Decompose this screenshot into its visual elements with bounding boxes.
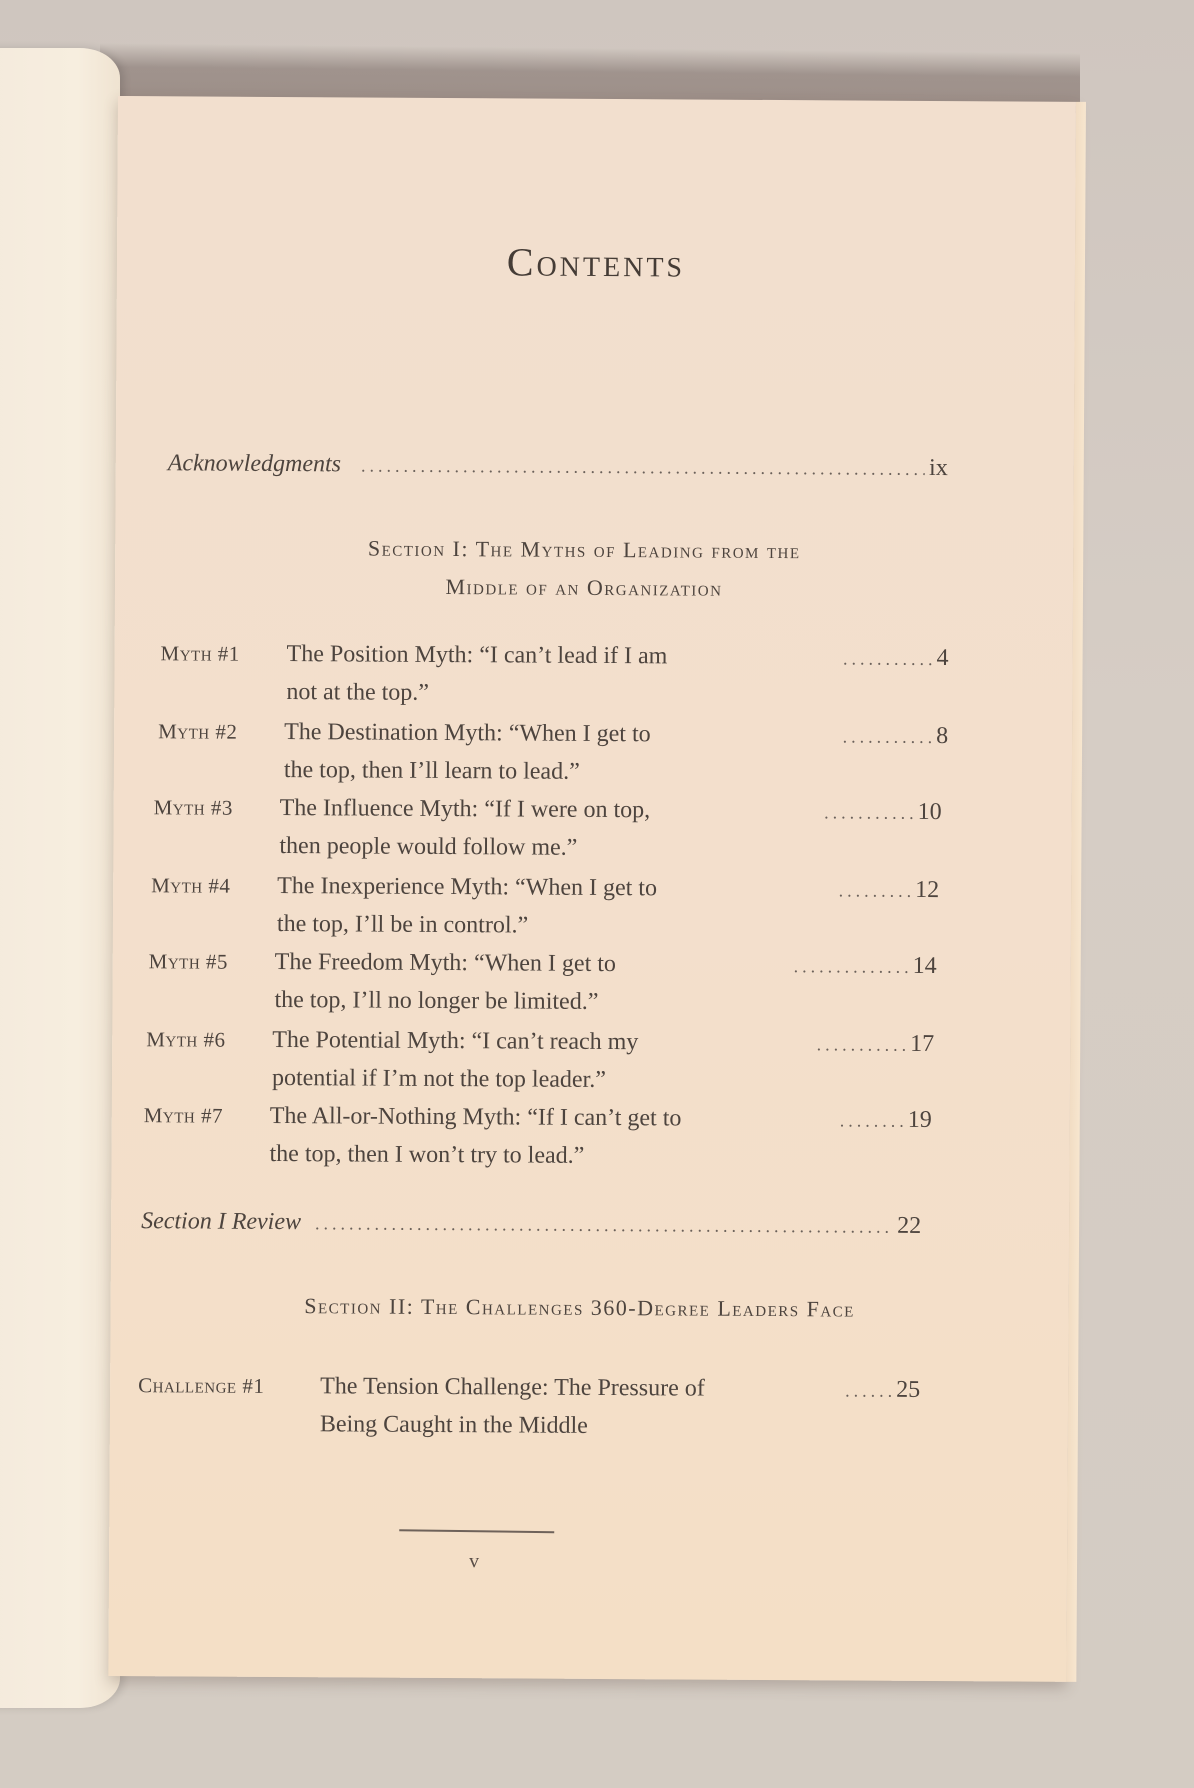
entry-title-line1: The Destination Myth: “When I get to — [284, 713, 651, 753]
entry-title-line2: the top, I’ll no longer be limited.” — [274, 981, 598, 1021]
entry-label: Challenge #1 — [138, 1366, 264, 1405]
entry-title-line2: Being Caught in the Middle — [320, 1405, 588, 1445]
left-page-edge — [0, 48, 120, 1708]
leader-dots: ........................................… — [361, 455, 925, 479]
page-number: 12 — [915, 871, 939, 909]
page-number: 22 — [897, 1213, 921, 1240]
page-folio: v — [469, 1550, 479, 1573]
page-number: 10 — [918, 793, 942, 831]
entry-title-line2: not at the top.” — [286, 673, 429, 712]
page-title: Contents — [117, 236, 1075, 289]
entry-label: Myth #6 — [146, 1020, 225, 1058]
entry-leader: ...........8 — [842, 716, 948, 756]
entry-title-line2: the top, then I’ll learn to lead.” — [284, 751, 580, 791]
entry-title-line1: The All-or-Nothing Myth: “If I can’t get… — [270, 1097, 682, 1138]
entry-title-line1: The Potential Myth: “I can’t reach my — [272, 1021, 638, 1061]
page-number: 8 — [936, 717, 948, 755]
entry-leader: .........12 — [839, 870, 940, 910]
toc-entry-section-1-review[interactable]: Section I Review .......................… — [141, 1208, 921, 1240]
entry-title-line2: the top, I’ll be in control.” — [277, 905, 528, 945]
page-edge — [1066, 102, 1086, 1682]
entry-title-line2: then people would follow me.” — [279, 827, 577, 867]
section-1-heading: Section I: The Myths of Leading from the… — [95, 528, 1073, 610]
entry-label: Myth #1 — [160, 634, 239, 672]
section-1-heading-line2: Middle of an Organization — [95, 566, 1073, 610]
entry-label: Section I Review — [141, 1208, 301, 1236]
page-number: 17 — [910, 1025, 934, 1063]
section-2-heading: Section II: The Challenges 360-Degree Le… — [90, 1286, 1068, 1330]
entry-label: Acknowledgments — [168, 450, 341, 478]
page-number: 4 — [936, 639, 948, 677]
page-number: ix — [929, 455, 948, 482]
toc-entry-myth-1[interactable]: Myth #1 The Position Myth: “I can’t lead… — [161, 634, 941, 639]
toc-entry-challenge-1[interactable]: Challenge #1 The Tension Challenge: The … — [138, 1366, 918, 1371]
entry-leader: ...........10 — [824, 792, 942, 832]
entry-title-line1: The Inexperience Myth: “When I get to — [277, 867, 657, 907]
entry-leader: ...........17 — [817, 1024, 935, 1064]
entry-title-line2: the top, then I won’t try to lead.” — [269, 1135, 584, 1175]
entry-label: Myth #2 — [158, 712, 237, 750]
entry-label: Myth #7 — [144, 1096, 223, 1134]
entry-title-line2: potential if I’m not the top leader.” — [272, 1059, 606, 1099]
entry-title-line1: The Influence Myth: “If I were on top, — [280, 789, 651, 829]
toc-entry-acknowledgments[interactable]: Acknowledgments ........................… — [168, 450, 948, 482]
entry-leader: ...........4 — [843, 638, 949, 678]
toc-entry-myth-4[interactable]: Myth #4 The Inexperience Myth: “When I g… — [151, 866, 931, 871]
section-2-heading-line1: Section II: The Challenges 360-Degree Le… — [90, 1286, 1068, 1330]
toc-entry-myth-6[interactable]: Myth #6 The Potential Myth: “I can’t rea… — [146, 1020, 926, 1025]
entry-label: Myth #3 — [154, 788, 233, 826]
entry-title-line1: The Position Myth: “I can’t lead if I am — [286, 635, 667, 675]
entry-title-line1: The Tension Challenge: The Pressure of — [320, 1367, 705, 1407]
contents-page: Contents Acknowledgments ...............… — [108, 96, 1076, 1682]
entry-leader: ........19 — [840, 1100, 932, 1140]
entry-label: Myth #5 — [149, 942, 228, 980]
toc-entry-myth-2[interactable]: Myth #2 The Destination Myth: “When I ge… — [158, 712, 938, 717]
leader-dots: ........................................… — [315, 1213, 893, 1238]
toc-entry-myth-5[interactable]: Myth #5 The Freedom Myth: “When I get to… — [149, 942, 929, 947]
entry-leader: ..............14 — [794, 946, 937, 986]
footer-rule — [399, 1529, 554, 1533]
section-1-heading-line1: Section I: The Myths of Leading from the — [95, 528, 1073, 572]
page-number: 25 — [896, 1371, 920, 1409]
page-number: 14 — [913, 947, 937, 985]
entry-label: Myth #4 — [151, 866, 230, 904]
page-number: 19 — [908, 1101, 932, 1139]
entry-title-line1: The Freedom Myth: “When I get to — [275, 943, 616, 983]
entry-leader: ......25 — [845, 1370, 920, 1409]
